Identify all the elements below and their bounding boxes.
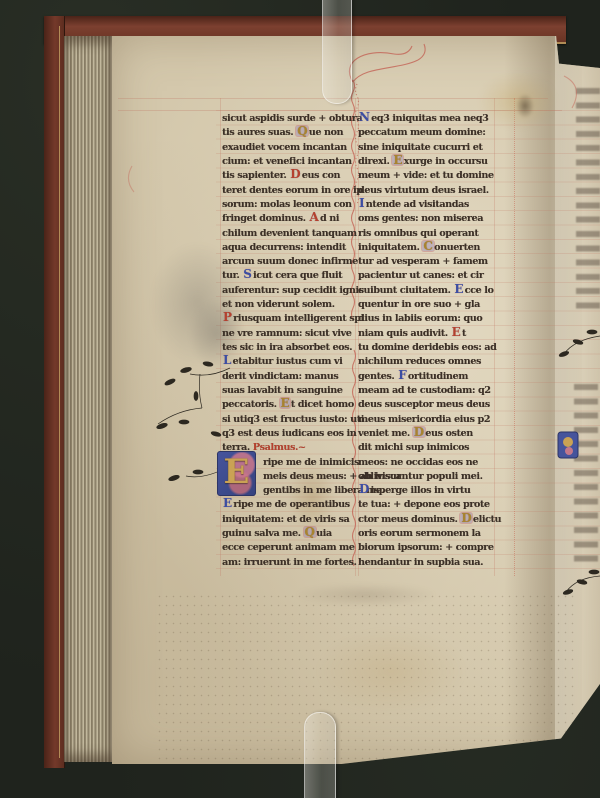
text-line: chilum devenient tanquam: [222, 227, 360, 241]
colored-initial: E: [280, 398, 291, 408]
colored-initial: F: [397, 370, 407, 380]
line-text: te tua: + depone eos prote: [358, 499, 490, 510]
text-line: quentur in ore suo + gla: [358, 298, 496, 312]
line-text: quentur in ore suo + gla: [358, 299, 480, 310]
line-text: cium: et venefici incantan: [222, 156, 352, 167]
colored-initial: E: [451, 327, 462, 337]
page-block-edges: [64, 36, 112, 762]
line-text: uia: [316, 528, 332, 539]
text-column-left: sicut aspidis surde + obturatis aures su…: [222, 112, 360, 570]
line-text: exaudiet vocem incantan: [222, 142, 347, 153]
text-line: Eripe me de operantibus: [222, 498, 360, 512]
colored-initial: L: [222, 355, 232, 365]
text-line: tur. Sicut cera que fluit: [222, 269, 360, 283]
text-line: meis deus meus: + ab insur: [222, 470, 360, 484]
line-text: pacientur ut canes: et cir: [358, 270, 483, 281]
text-line: peccatum meum domine:: [358, 126, 496, 140]
text-line: aqua decurrens: intendit: [222, 241, 360, 255]
text-line: tu domine deridebis eos: ad: [358, 341, 496, 355]
line-text: oris eorum sermonem la: [358, 528, 481, 539]
line-text: meum + vide: et tu domine: [358, 170, 494, 181]
text-line: Disperge illos in virtu: [358, 484, 496, 498]
colored-initial: C: [422, 241, 433, 251]
line-text: t: [462, 328, 466, 339]
text-line: guinu salva me. Quia: [222, 527, 360, 541]
text-line: cuibunt ciuitatem. Ecce lo: [358, 284, 496, 298]
stain-bottom: [316, 628, 466, 714]
text-line: biorum ipsorum: + compre: [358, 541, 496, 555]
line-text: tis sapienter.: [222, 170, 289, 181]
text-line: gentibs in me libera me.: [222, 484, 360, 498]
line-text: cuibunt ciuitatem.: [358, 285, 453, 296]
ruling-line-dotted: [514, 98, 515, 576]
line-text: onuerten: [434, 242, 480, 253]
colored-initial: D: [289, 169, 301, 179]
line-text: arcum suum donec infirme: [222, 256, 358, 267]
text-line: direxi. Exurge in occursu: [358, 155, 496, 169]
gilt-fillet-line: [59, 26, 60, 758]
line-text: chilum devenient tanquam: [222, 228, 357, 239]
colored-initial: Q: [304, 527, 316, 537]
text-line: hendantur in supbia sua.: [358, 556, 496, 570]
line-text: ripe me de operantibus: [233, 499, 349, 510]
line-text: ctor meus dominus.: [358, 514, 460, 525]
colored-initial: E: [222, 498, 233, 508]
line-text: sine iniquitate cucurri et: [358, 142, 482, 153]
text-line: derit vindictam: manus: [222, 370, 360, 384]
text-line: iniquitatem: et de viris sa: [222, 513, 360, 527]
text-line: deus susceptor meus deus: [358, 398, 496, 412]
line-text: eus con: [302, 170, 340, 181]
line-text: isperge illos in virtu: [371, 485, 471, 496]
line-text: meam ad te custodiam: q2: [358, 385, 491, 396]
line-text: deus virtutum deus israel.: [358, 185, 489, 196]
line-text: sorum: molas leonum con: [222, 199, 352, 210]
colored-initial: D: [413, 427, 425, 437]
retaining-strap-top: [322, 0, 352, 104]
line-text: iniquitatem.: [358, 242, 422, 253]
text-line: peccatoris. Et dicet homo: [222, 398, 360, 412]
text-line: tis sapienter. Deus con: [222, 169, 360, 183]
line-text: nichilum reduces omnes: [358, 356, 481, 367]
line-text: derit vindictam: manus: [222, 371, 338, 382]
line-text: et non viderunt solem.: [222, 299, 335, 310]
retaining-strap-bottom: [304, 712, 336, 798]
line-text: suas lavabit in sanguine: [222, 385, 342, 396]
line-text: oms gentes: non miserea: [358, 213, 483, 224]
colored-initial: N: [358, 112, 371, 122]
text-line: et non viderunt solem.: [222, 298, 360, 312]
text-line: gentes. Fortitudinem: [358, 370, 496, 384]
text-line: dius in labiis eorum: quo: [358, 312, 496, 326]
text-line: auferentur: sup cecidit ignis: [222, 284, 360, 298]
line-text: auferentur: sup cecidit ignis: [222, 285, 364, 296]
line-text: icut cera que fluit: [253, 270, 342, 281]
text-line: deus virtutum deus israel.: [358, 184, 496, 198]
text-line: meos: ne occidas eos ne: [358, 456, 496, 470]
text-line: tur ad vesperam + famem: [358, 255, 496, 269]
line-text: obliviscantur populi mei.: [358, 471, 483, 482]
text-line: sine iniquitate cucurri et: [358, 141, 496, 155]
line-text: xurge in occursu: [404, 156, 488, 167]
line-text: niam quis audivit.: [358, 328, 451, 339]
colored-initial: E: [392, 155, 403, 165]
ruling-line-vertical: [220, 98, 221, 576]
text-line: q3 est deus iudicans eos in: [222, 427, 360, 441]
text-line: te tua: + depone eos prote: [358, 498, 496, 512]
line-text: meos: ne occidas eos ne: [358, 457, 478, 468]
text-line: niam quis audivit. Et: [358, 327, 496, 341]
line-text: ris omnibus qui operant: [358, 228, 478, 239]
manuscript-page: E sicut aspidis surde + obturatis aures …: [112, 36, 600, 764]
colored-initial: D: [460, 513, 472, 523]
line-text: direxi.: [358, 156, 392, 167]
text-line: tis aures suas. Que non: [222, 126, 360, 140]
line-text: meus misericordia eius p2: [358, 414, 490, 425]
line-text: tis aures suas.: [222, 127, 296, 138]
text-line: veniet me. Deus osten: [358, 427, 496, 441]
line-text: tu domine deridebis eos: ad: [358, 342, 496, 353]
text-line: ne vre ramnum: sicut vive: [222, 327, 360, 341]
book-cover-spine-edge: [44, 16, 65, 768]
line-text: tes sic in ira absorbet eos.: [222, 342, 352, 353]
text-line: iniquitatem. Conuerten: [358, 241, 496, 255]
line-text: aqua decurrens: intendit: [222, 242, 346, 253]
text-line: si utiq3 est fructus iusto: uti: [222, 413, 360, 427]
line-text: ntende ad visitandas: [366, 199, 469, 210]
line-text: cce lo: [465, 285, 494, 296]
text-line: meam ad te custodiam: q2: [358, 384, 496, 398]
text-line: Priusquam intelligerent spi: [222, 312, 360, 326]
line-text: etabitur iustus cum vi: [233, 356, 343, 367]
text-line: oms gentes: non miserea: [358, 212, 496, 226]
ruling-line-top: [118, 110, 562, 111]
colored-initial: P: [222, 312, 233, 322]
text-line: obliviscantur populi mei.: [358, 470, 496, 484]
line-text: am: irruerunt in me fortes.: [222, 557, 356, 568]
rubric-psalmus: Psalmus.~: [253, 442, 306, 453]
line-text: fringet dominus.: [222, 213, 309, 224]
line-text: dius in labiis eorum: quo: [358, 313, 482, 324]
text-line: terra. Psalmus.~: [222, 441, 360, 455]
line-text: tur ad vesperam + famem: [358, 256, 488, 267]
text-line: dit michi sup inimicos: [358, 441, 496, 455]
text-line: ctor meus dominus. Delictu: [358, 513, 496, 527]
line-text: iniquitatem: et de viris sa: [222, 514, 349, 525]
text-line: Neq3 iniquitas mea neq3: [358, 112, 496, 126]
colored-initial: S: [242, 269, 252, 279]
text-line: Intende ad visitandas: [358, 198, 496, 212]
line-text: deus susceptor meus deus: [358, 399, 490, 410]
line-text: d ni: [320, 213, 339, 224]
line-text: peccatoris.: [222, 399, 280, 410]
line-text: hendantur in supbia sua.: [358, 557, 483, 568]
line-text: peccatum meum domine:: [358, 127, 485, 138]
line-text: riusquam intelligerent spi: [233, 313, 364, 324]
line-text: ue non: [309, 127, 343, 138]
line-text: si utiq3 est fructus iusto: uti: [222, 414, 364, 425]
text-line: fringet dominus. Ad ni: [222, 212, 360, 226]
line-text: guinu salva me.: [222, 528, 304, 539]
text-line: ripe me de inimicis: [222, 456, 360, 470]
text-line: tes sic in ira absorbet eos.: [222, 341, 360, 355]
show-through-smudge: [298, 584, 434, 606]
line-text: q3 est deus iudicans eos in: [222, 428, 356, 439]
line-text: teret dentes eorum in ore ip: [222, 185, 363, 196]
line-text: eus osten: [425, 428, 473, 439]
text-line: sicut aspidis surde + obtura: [222, 112, 360, 126]
line-text: ortitudinem: [408, 371, 468, 382]
line-text: terra.: [222, 442, 253, 453]
text-line: meum + vide: et tu domine: [358, 169, 496, 183]
line-text: ripe me de inimicis: [263, 457, 359, 468]
text-line: pacientur ut canes: et cir: [358, 269, 496, 283]
text-line: teret dentes eorum in ore ip: [222, 184, 360, 198]
line-text: tur.: [222, 270, 242, 281]
colored-initial: Q: [296, 126, 308, 136]
colored-initial: E: [453, 284, 464, 294]
text-line: suas lavabit in sanguine: [222, 384, 360, 398]
text-line: meus misericordia eius p2: [358, 413, 496, 427]
text-line: ecce ceperunt animam me: [222, 541, 360, 555]
line-text: sicut aspidis surde + obtura: [222, 113, 362, 124]
colored-initial: D: [358, 484, 370, 494]
text-line: Letabitur iustus cum vi: [222, 355, 360, 369]
text-line: sorum: molas leonum con: [222, 198, 360, 212]
line-text: dit michi sup inimicos: [358, 442, 469, 453]
colored-initial: A: [309, 212, 320, 222]
line-text: eq3 iniquitas mea neq3: [371, 113, 488, 124]
line-text: t dicet homo: [291, 399, 354, 410]
line-text: ecce ceperunt animam me: [222, 542, 355, 553]
line-text: biorum ipsorum: + compre: [358, 542, 494, 553]
line-text: ne vre ramnum: sicut vive: [222, 328, 351, 339]
text-column-right: Neq3 iniquitas mea neq3peccatum meum dom…: [358, 112, 496, 570]
line-text: elictu: [473, 514, 501, 525]
text-line: nichilum reduces omnes: [358, 355, 496, 369]
text-line: exaudiet vocem incantan: [222, 141, 360, 155]
text-line: am: irruerunt in me fortes.: [222, 556, 360, 570]
text-line: oris eorum sermonem la: [358, 527, 496, 541]
line-text: veniet me.: [358, 428, 413, 439]
line-text: gentes.: [358, 371, 397, 382]
colored-initial: I: [358, 198, 365, 208]
